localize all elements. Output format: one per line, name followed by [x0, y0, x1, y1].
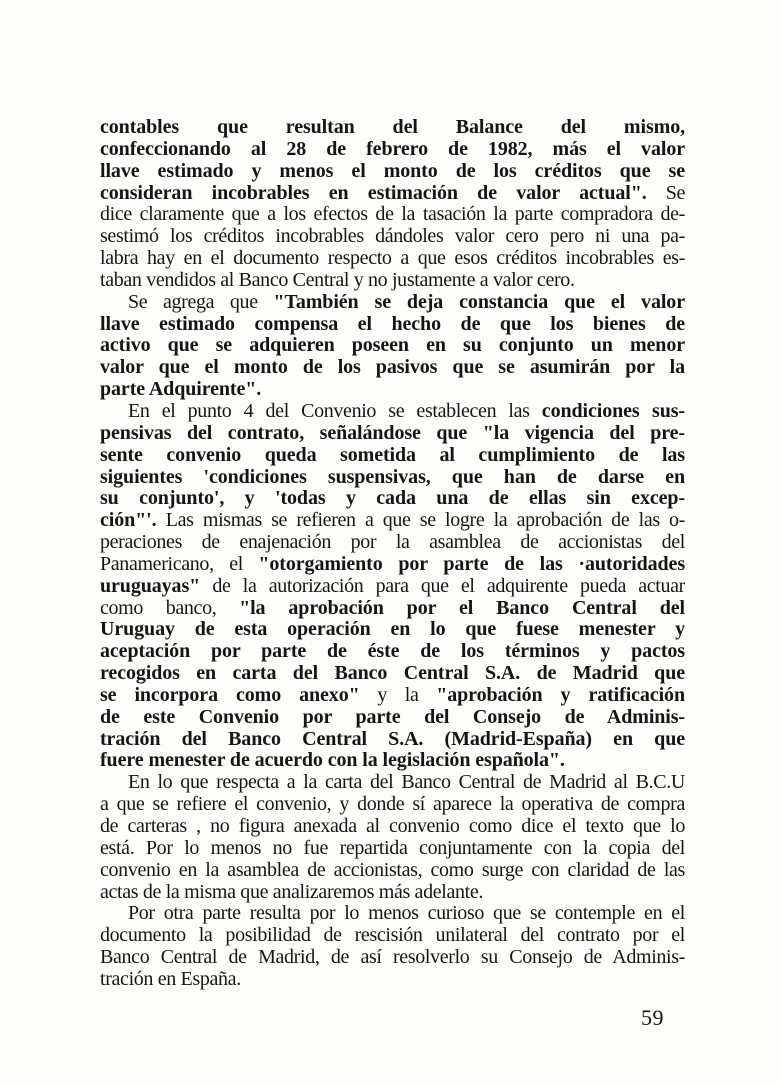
bold-text-segment: parte Adquirente". — [100, 379, 261, 400]
text-segment: dice claramente que a los efectos de la … — [100, 204, 685, 225]
paragraph: Por otra parte resulta por lo menos curi… — [100, 903, 685, 990]
text-line: tración del Banco Central S.A. (Madrid-E… — [100, 729, 685, 751]
text-line: de este Convenio por parte del Consejo d… — [100, 707, 685, 729]
text-line: sestimó los créditos incobrables dándole… — [100, 226, 685, 248]
text-segment: de la autorización para que el adquirent… — [200, 576, 685, 597]
bold-text-segment: Uruguay de esta operación en lo que fues… — [100, 619, 685, 640]
text-segment: En lo que respecta a la carta del Banco … — [128, 772, 685, 793]
text-line: pensivas del contrato, señalándose que "… — [100, 423, 685, 445]
text-segment: de carteras , no figura anexada al conve… — [100, 816, 685, 837]
text-line: su conjunto', y 'todas y cada una de ell… — [100, 488, 685, 510]
bold-text-segment: de este Convenio por parte del Consejo d… — [100, 707, 685, 728]
text-segment: actas de la misma que analizaremos más a… — [100, 882, 483, 903]
text-segment: labra hay en el documento respecto a que… — [100, 248, 685, 269]
text-segment: Se — [647, 183, 685, 204]
text-segment: sestimó los créditos incobrables dándole… — [100, 226, 685, 247]
text-line: como banco, "la aprobación por el Banco … — [100, 598, 685, 620]
bold-text-segment: valor que el monto de los pasivos que se… — [100, 357, 685, 378]
text-line: Por otra parte resulta por lo menos curi… — [100, 903, 685, 925]
bold-text-segment: fuere menester de acuerdo con la legisla… — [100, 750, 565, 771]
text-line: ción"'. Las mismas se refieren a que se … — [100, 510, 685, 532]
bold-text-segment: condiciones sus- — [542, 401, 685, 422]
text-line: sente convenio queda sometida al cumplim… — [100, 445, 685, 467]
text-line: documento la posibilidad de rescisión un… — [100, 925, 685, 947]
bold-text-segment: se incorpora como anexo" — [100, 685, 360, 706]
text-line: valor que el monto de los pasivos que se… — [100, 357, 685, 379]
bold-text-segment: sente convenio queda sometida al cumplim… — [100, 445, 685, 466]
bold-text-segment: llave estimado y menos el monto de los c… — [100, 161, 685, 182]
text-line: En el punto 4 del Convenio se establecen… — [100, 401, 685, 423]
bold-text-segment: recogidos en carta del Banco Central S.A… — [100, 663, 685, 684]
text-line: activo que se adquieren poseen en su con… — [100, 335, 685, 357]
text-line: recogidos en carta del Banco Central S.A… — [100, 663, 685, 685]
bold-text-segment: siguientes 'condiciones suspensivas, que… — [100, 467, 685, 488]
text-segment: tración en España. — [100, 969, 241, 990]
text-segment: En el punto 4 del Convenio se establecen… — [128, 401, 542, 422]
bold-text-segment: "otorgamiento por parte de las ·autorida… — [258, 554, 685, 575]
text-line: está. Por lo menos no fue repartida conj… — [100, 838, 685, 860]
text-segment: Banco Central de Madrid, de así resolver… — [100, 947, 685, 968]
bold-text-segment: consideran incobrables en estimación de … — [100, 183, 647, 204]
text-line: uruguayas" de la autorización para que e… — [100, 576, 685, 598]
paragraph: Se agrega que "También se deja constanci… — [100, 292, 685, 401]
text-line: peraciones de enajenación por la asamble… — [100, 532, 685, 554]
bold-text-segment: pensivas del contrato, señalándose que "… — [100, 423, 685, 444]
text-line: labra hay en el documento respecto a que… — [100, 248, 685, 270]
text-segment: y la — [360, 685, 437, 706]
paragraph: En lo que respecta a la carta del Banco … — [100, 772, 685, 903]
book-page: contables que resultan del Balance del m… — [0, 0, 782, 1086]
text-line: En lo que respecta a la carta del Banco … — [100, 772, 685, 794]
text-line: siguientes 'condiciones suspensivas, que… — [100, 467, 685, 489]
text-line: actas de la misma que analizaremos más a… — [100, 882, 685, 904]
text-segment: taban vendidos al Banco Central y no jus… — [100, 270, 575, 291]
text-segment: convenio en la asamblea de accionistas, … — [100, 860, 685, 881]
text-segment: Las mismas se refieren a que se logre la… — [157, 510, 685, 531]
text-line: consideran incobrables en estimación de … — [100, 183, 685, 205]
bold-text-segment: su conjunto', y 'todas y cada una de ell… — [100, 488, 685, 509]
text-line: confeccionando al 28 de febrero de 1982,… — [100, 139, 685, 161]
text-segment: documento la posibilidad de rescisión un… — [100, 925, 685, 946]
text-line: de carteras , no figura anexada al conve… — [100, 816, 685, 838]
bold-text-segment: tración del Banco Central S.A. (Madrid-E… — [100, 729, 685, 750]
text-line: se incorpora como anexo" y la "aprobació… — [100, 685, 685, 707]
text-line: aceptación por parte de éste de los térm… — [100, 641, 685, 663]
text-line: Banco Central de Madrid, de así resolver… — [100, 947, 685, 969]
paragraph: En el punto 4 del Convenio se establecen… — [100, 401, 685, 772]
text-line: Uruguay de esta operación en lo que fues… — [100, 619, 685, 641]
text-line: convenio en la asamblea de accionistas, … — [100, 860, 685, 882]
text-segment: Panamericano, el — [100, 554, 258, 575]
text-line: a que se refiere el convenio, y donde sí… — [100, 794, 685, 816]
text-line: llave estimado compensa el hecho de que … — [100, 314, 685, 336]
text-line: taban vendidos al Banco Central y no jus… — [100, 270, 685, 292]
text-segment: Se agrega que — [128, 292, 273, 313]
bold-text-segment: "la aprobación por el Banco Central del — [239, 598, 685, 619]
text-line: parte Adquirente". — [100, 379, 685, 401]
text-line: llave estimado y menos el monto de los c… — [100, 161, 685, 183]
text-line: tración en España. — [100, 969, 685, 991]
text-segment: como banco, — [100, 598, 239, 619]
text-block: contables que resultan del Balance del m… — [100, 117, 685, 991]
bold-text-segment: confeccionando al 28 de febrero de 1982,… — [100, 139, 685, 160]
text-line: contables que resultan del Balance del m… — [100, 117, 685, 139]
text-segment: a que se refiere el convenio, y donde sí… — [100, 794, 685, 815]
text-line: Se agrega que "También se deja constanci… — [100, 292, 685, 314]
bold-text-segment: llave estimado compensa el hecho de que … — [100, 314, 685, 335]
bold-text-segment: aceptación por parte de éste de los térm… — [100, 641, 685, 662]
text-segment: peraciones de enajenación por la asamble… — [100, 532, 685, 553]
text-line: dice claramente que a los efectos de la … — [100, 204, 685, 226]
text-line: fuere menester de acuerdo con la legisla… — [100, 750, 685, 772]
text-segment: Por otra parte resulta por lo menos curi… — [128, 903, 685, 924]
bold-text-segment: contables que resultan del Balance del m… — [100, 117, 685, 138]
bold-text-segment: uruguayas" — [100, 576, 200, 597]
bold-text-segment: activo que se adquieren poseen en su con… — [100, 335, 685, 356]
text-segment: está. Por lo menos no fue repartida conj… — [100, 838, 685, 859]
paragraph: contables que resultan del Balance del m… — [100, 117, 685, 292]
text-line: Panamericano, el "otorgamiento por parte… — [100, 554, 685, 576]
bold-text-segment: "aprobación y ratificación — [436, 685, 685, 706]
bold-text-segment: ción"'. — [100, 510, 157, 531]
bold-text-segment: "También se deja constancia que el valor — [273, 292, 685, 313]
page-number: 59 — [641, 1004, 664, 1032]
